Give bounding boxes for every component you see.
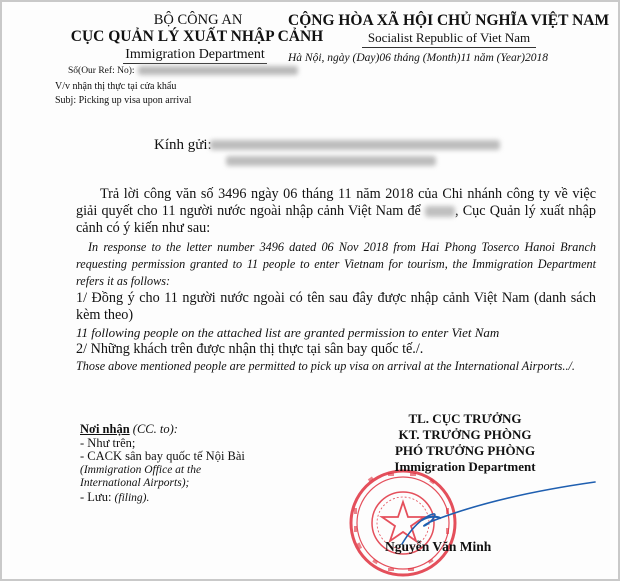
republic-name: CỘNG HÒA XÃ HỘI CHỦ NGHĨA VIỆT NAM bbox=[288, 12, 608, 30]
date-line: Hà Nội, ngày (Day)06 tháng (Month)11 năm… bbox=[288, 52, 548, 64]
body-paragraph-vi: Trả lời công văn số 3496 ngày 06 tháng 1… bbox=[76, 186, 596, 237]
signer-name: Nguyễn Văn Minh bbox=[385, 539, 491, 555]
recipient-label: Kính gửi: bbox=[154, 137, 212, 154]
body-paragraph-en: In response to the letter number 3496 da… bbox=[76, 239, 596, 290]
redacted-purpose bbox=[425, 206, 455, 217]
signature-title-3: PHÓ TRƯỞNG PHÒNG bbox=[370, 443, 560, 459]
republic-name-en-text: Socialist Republic of Viet Nam bbox=[362, 30, 536, 48]
item2-vi: 2/ Những khách trên được nhận thị thực t… bbox=[76, 341, 596, 358]
subject-vi: V/v nhận thị thực tại cửa khẩu bbox=[55, 81, 176, 92]
ministry-name: BỘ CÔNG AN bbox=[118, 12, 278, 29]
item1-en: 11 following people on the attached list… bbox=[76, 324, 596, 341]
department-name-en-text: Immigration Department bbox=[123, 47, 267, 64]
cc-line: International Airports); bbox=[80, 477, 245, 491]
department-name-en: Immigration Department bbox=[100, 47, 290, 63]
signature-department: Immigration Department bbox=[370, 459, 560, 475]
cc-line: - Lưu: (filing). bbox=[80, 491, 245, 506]
item1-vi: 1/ Đồng ý cho 11 người nước ngoài có tên… bbox=[76, 290, 596, 324]
cc-label-en: (CC. to): bbox=[130, 422, 178, 436]
signature-block: TL. CỤC TRƯỞNG KT. TRƯỞNG PHÒNG PHÓ TRƯỞ… bbox=[370, 411, 560, 475]
republic-name-en: Socialist Republic of Viet Nam bbox=[340, 30, 558, 46]
reference-number: Số(Our Ref: No): bbox=[68, 66, 298, 76]
subject-en: Subj: Picking up visa upon arrival bbox=[55, 95, 191, 106]
department-name: CỤC QUẢN LÝ XUẤT NHẬP CẢNH bbox=[52, 28, 342, 46]
cc-filing-en: (filing). bbox=[115, 492, 150, 504]
redacted-recipient-line1 bbox=[210, 140, 500, 150]
cc-block: Nơi nhận (CC. to): - Như trên; - CACK sâ… bbox=[80, 423, 245, 505]
item2-en: Those above mentioned people are permitt… bbox=[76, 358, 596, 375]
signature-title-2: KT. TRƯỞNG PHÒNG bbox=[370, 427, 560, 443]
reference-label: Số(Our Ref: No): bbox=[68, 66, 135, 76]
signature-title-1: TL. CỤC TRƯỞNG bbox=[370, 411, 560, 427]
redacted-reference bbox=[138, 66, 298, 75]
cc-label: Nơi nhận bbox=[80, 422, 130, 436]
cc-line: (Immigration Office at the bbox=[80, 464, 245, 478]
cc-line: - CACK sân bay quốc tế Nội Bài bbox=[80, 450, 245, 464]
cc-heading: Nơi nhận (CC. to): bbox=[80, 423, 245, 437]
cc-filing-label: - Lưu: bbox=[80, 490, 115, 504]
cc-line: - Như trên; bbox=[80, 437, 245, 451]
redacted-recipient-line2 bbox=[226, 156, 436, 166]
